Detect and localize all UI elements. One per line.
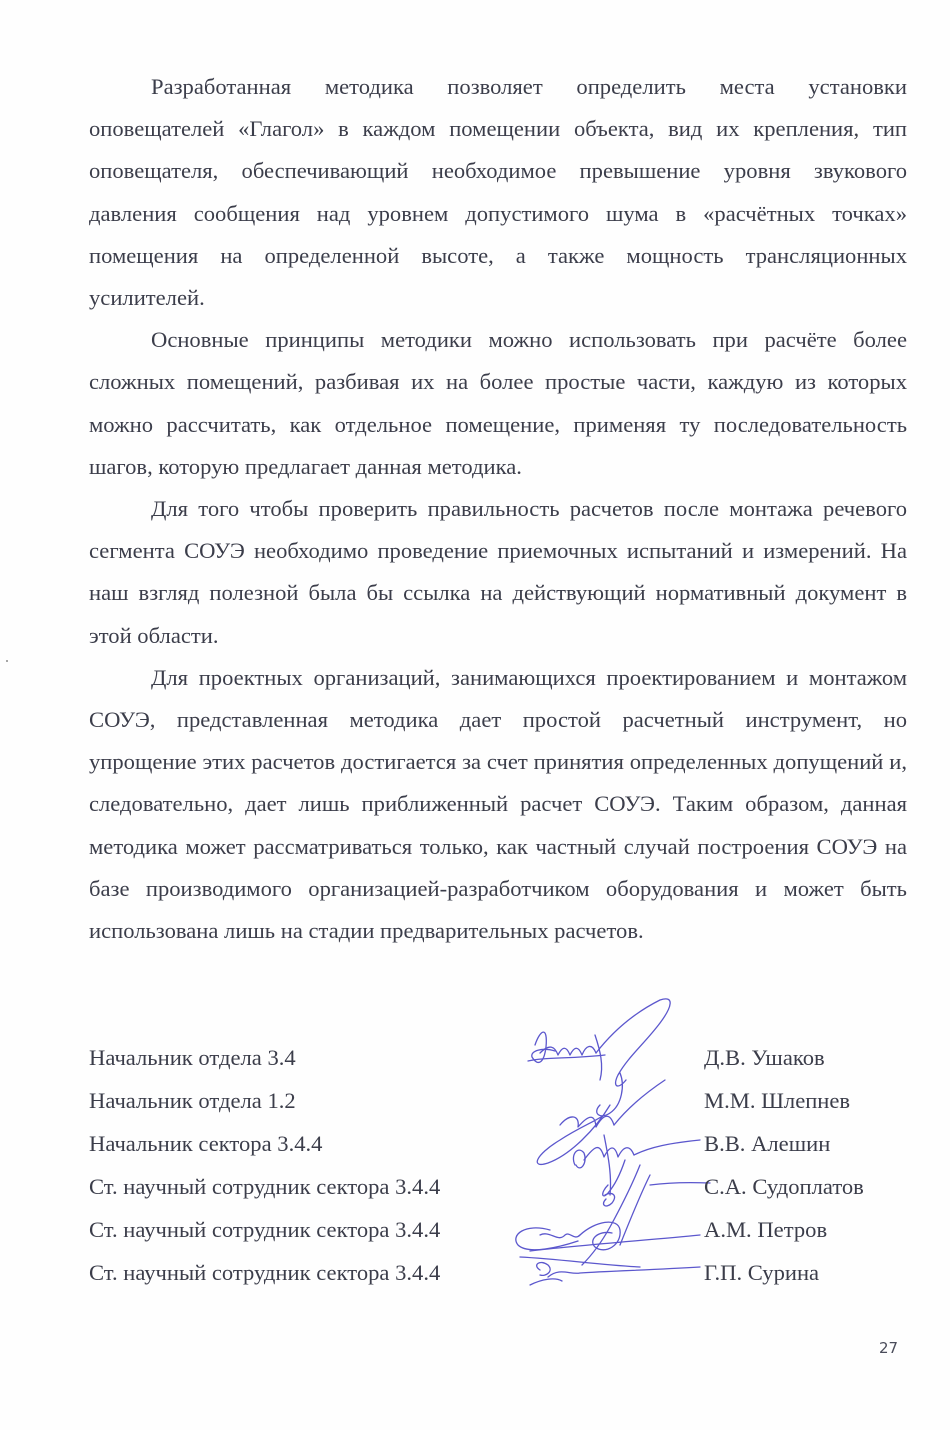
- signatory-name: Г.П. Сурина: [704, 1251, 819, 1294]
- signature-block: Начальник отдела 3.4 Д.В. Ушаков Начальн…: [89, 1036, 909, 1294]
- paragraph-conclusion: Для проектных организаций, занимающихся …: [89, 657, 907, 952]
- signatory-title: Ст. научный сотрудник сектора 3.4.4: [89, 1251, 440, 1294]
- signatory-name: Д.В. Ушаков: [704, 1036, 825, 1079]
- scan-speck: [6, 660, 8, 662]
- signatory-row: Ст. научный сотрудник сектора 3.4.4 А.М.…: [89, 1208, 909, 1251]
- signatory-row: Начальник сектора 3.4.4 В.В. Алешин: [89, 1122, 909, 1165]
- signatory-name: М.М. Шлепнев: [704, 1079, 850, 1122]
- signatory-title: Начальник сектора 3.4.4: [89, 1122, 322, 1165]
- signatory-name: А.М. Петров: [704, 1208, 827, 1251]
- paragraph-methodology-scope: Разработанная методика позволяет определ…: [89, 66, 907, 319]
- page-number: 27: [879, 1339, 898, 1357]
- signatory-row: Ст. научный сотрудник сектора 3.4.4 Г.П.…: [89, 1251, 909, 1294]
- signatory-title: Ст. научный сотрудник сектора 3.4.4: [89, 1208, 440, 1251]
- signatory-title: Начальник отдела 3.4: [89, 1036, 296, 1079]
- signatory-name: С.А. Судоплатов: [704, 1165, 864, 1208]
- signatory-row: Начальник отдела 1.2 М.М. Шлепнев: [89, 1079, 909, 1122]
- signatory-row: Ст. научный сотрудник сектора 3.4.4 С.А.…: [89, 1165, 909, 1208]
- signatory-title: Начальник отдела 1.2: [89, 1079, 296, 1122]
- paragraph-principles: Основные принципы методики можно использ…: [89, 319, 907, 488]
- signatory-title: Ст. научный сотрудник сектора 3.4.4: [89, 1165, 440, 1208]
- paragraph-verification: Для того чтобы проверить правильность ра…: [89, 488, 907, 657]
- signatory-name: В.В. Алешин: [704, 1122, 830, 1165]
- signatory-row: Начальник отдела 3.4 Д.В. Ушаков: [89, 1036, 909, 1079]
- body-text: Разработанная методика позволяет определ…: [89, 66, 907, 952]
- document-page: Разработанная методика позволяет определ…: [0, 0, 950, 1430]
